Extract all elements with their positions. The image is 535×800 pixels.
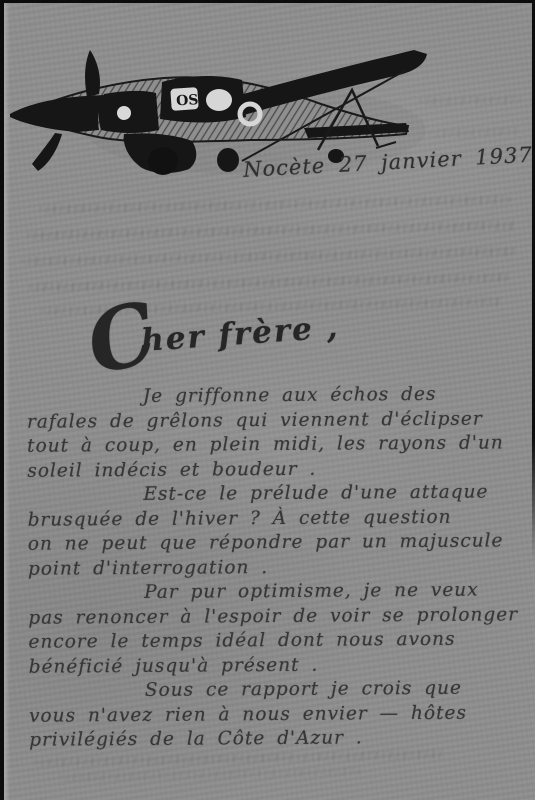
propeller-blade-upper	[85, 50, 100, 97]
letter-line: pas renoncer à l'espoir de voir se prolo…	[28, 603, 520, 631]
letter-line: bénéficié jusqu'à présent .	[29, 652, 521, 680]
fuselage-marking: OS	[176, 92, 199, 110]
main-wheel	[148, 147, 178, 175]
letter-line: vous n'avez rien à nous envier — hôtes	[29, 701, 521, 729]
paragraph: Est-ce le prélude d'une attaque brusquée…	[27, 480, 520, 581]
letter-line: on ne peut que répondre par un majuscule	[28, 529, 520, 557]
second-wheel	[217, 148, 239, 172]
letter-line: Sous ce rapport je crois que	[29, 676, 521, 704]
paragraph: Sous ce rapport je crois que vous n'avez…	[29, 676, 522, 753]
bleed-through-text	[22, 247, 517, 265]
paragraph: Par pur optimisme, je ne veux pas renonc…	[28, 578, 521, 679]
letter-line: rafales de grêlons qui viennent d'éclips…	[27, 407, 519, 435]
bleed-through-text	[430, 127, 522, 137]
bleed-through-text	[60, 767, 360, 781]
paragraph: Je griffonne aux échos des rafales de gr…	[27, 382, 520, 483]
paper-edge-highlight	[4, 0, 10, 800]
cockpit-window	[206, 89, 232, 111]
propeller-blade-lower	[32, 133, 62, 171]
letter-line: encore le temps idéal dont nous avons	[28, 627, 520, 655]
letter-line: tout à coup, en plein midi, les rayons d…	[27, 431, 519, 459]
salutation: C her frère ,	[86, 285, 342, 378]
bleed-through-text	[28, 221, 516, 239]
letter-line: Est-ce le prélude d'une attaque	[27, 480, 519, 508]
cowling-roundel	[117, 106, 131, 120]
letter-line: privilégiés de la Côte d'Azur .	[29, 725, 521, 753]
bleed-through-text	[40, 196, 510, 214]
letter-line: brusquée de l'hiver ? À cette question	[28, 505, 520, 533]
letter-line: Par pur optimisme, je ne veux	[28, 578, 520, 606]
letter-line: Je griffonne aux échos des	[27, 382, 519, 410]
letter-body: Je griffonne aux échos des rafales de gr…	[27, 382, 522, 753]
scan-edge-top	[0, 0, 535, 3]
airplane-nose	[10, 95, 104, 132]
letter-line: point d'interrogation .	[28, 554, 520, 582]
letter-page: OS Nocète 27 janvier 1937 C her frère , …	[0, 0, 535, 800]
bleed-through-text	[30, 273, 510, 291]
letter-line: soleil indécis et boudeur .	[27, 456, 519, 484]
scan-edge-left	[0, 0, 4, 800]
salutation-text: her frère ,	[140, 309, 340, 359]
